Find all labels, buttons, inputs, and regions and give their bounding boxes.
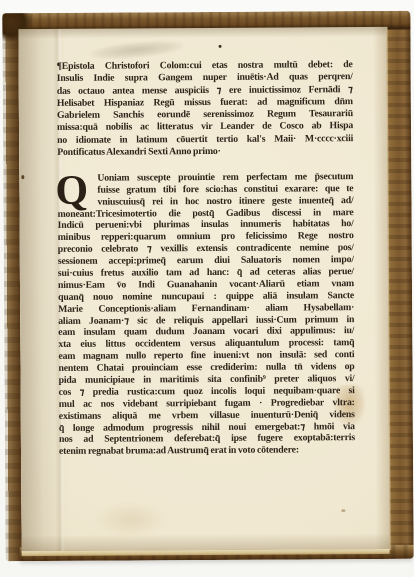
heading-line: no idiomate in latinum cōuertit tertio k… — [57, 133, 353, 147]
ink-speck — [341, 509, 345, 512]
body-paragraph: Q Uoniam suscepte prouintie rem perfecta… — [57, 171, 355, 458]
fox-stain — [95, 502, 165, 536]
ink-speck — [21, 175, 24, 179]
book-page: ¶Epistola Christofori Colom:cui etas nos… — [18, 27, 390, 552]
drop-cap: Q — [55, 173, 95, 210]
heading-paragraph: ¶Epistola Christofori Colom:cui etas nos… — [57, 59, 354, 159]
heading-line: Pontificatus Alexandri Sexti Anno primo· — [57, 145, 353, 159]
photo-backdrop: ¶Epistola Christofori Colom:cui etas nos… — [0, 0, 414, 577]
book-photo: ¶Epistola Christofori Colom:cui etas nos… — [2, 11, 413, 561]
body-line: nos ad Septentrionem deferebat:q̄ ipse f… — [59, 433, 355, 447]
show-through-smudge — [90, 38, 183, 62]
text-block: ¶Epistola Christofori Colom:cui etas nos… — [57, 59, 355, 458]
ink-speck — [219, 45, 222, 48]
body-line: etenim regnabat bruma:ad Austrumq̄ erat … — [59, 444, 355, 458]
